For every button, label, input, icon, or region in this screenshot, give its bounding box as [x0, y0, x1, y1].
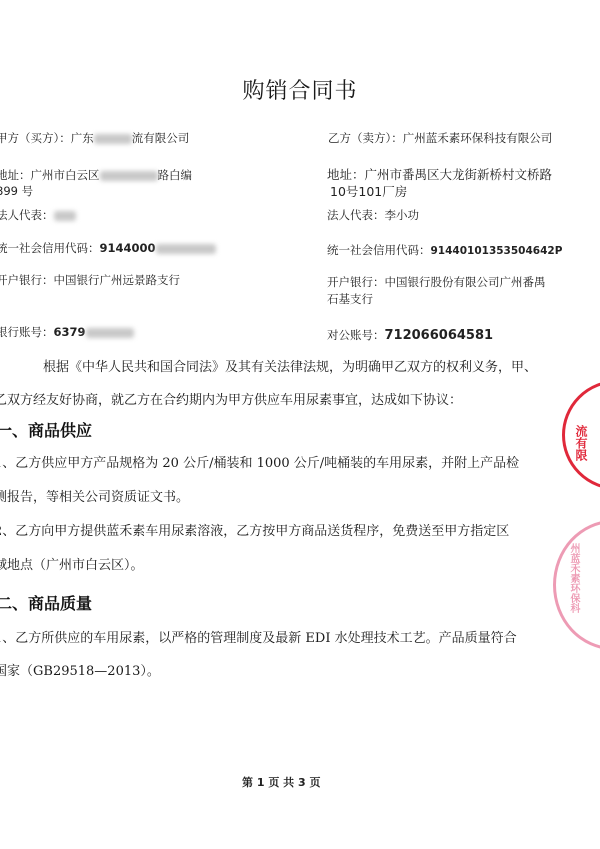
- party-b-name: 乙方（卖方）：广州蓝禾素环保科技有限公司: [328, 130, 552, 147]
- company-seal-bottom: 州蓝禾素环保科: [553, 520, 600, 650]
- party-a-credit-code: 统一社会信用代码：9144000: [0, 240, 216, 257]
- intro-line-2: 乙双方经友好协商，就乙方在合约期内为甲方供应车用尿素事宜，达成如下协议：: [0, 389, 462, 408]
- party-b-account: 对公账号：712066064581: [327, 327, 493, 344]
- redacted-block: [54, 211, 76, 221]
- supply-item-2-line-2: 域地点（广州市白云区）。: [0, 554, 144, 573]
- party-b-bank: 开户银行：中国银行股份有限公司广州番禺: [327, 274, 546, 291]
- party-a-bank: 开户银行：中国银行广州远景路支行: [0, 272, 180, 289]
- redacted-block: [100, 171, 158, 181]
- party-a-legal-rep: 法人代表：: [0, 207, 76, 224]
- party-a-name: 甲方（买方）：广东流有限公司: [0, 130, 189, 147]
- company-seal-top: 流有限: [562, 380, 600, 490]
- party-b-credit-code: 统一社会信用代码：91440101353504642P: [327, 242, 562, 260]
- party-a-account: 银行账号：6379: [0, 324, 134, 341]
- intro-line-1: 根据《中华人民共和国合同法》及其有关法律法规，为明确甲乙双方的权利义务，甲、: [43, 356, 537, 375]
- redacted-block: [156, 244, 216, 254]
- party-a-address-line2: 899 号: [0, 183, 33, 200]
- supply-item-2-line-1: 2、乙方向甲方提供蓝禾素车用尿素溶液，乙方按甲方商品送货程序，免费送至甲方指定区: [0, 520, 509, 539]
- section-heading-quality: 二、商品质量: [0, 591, 92, 614]
- redacted-block: [94, 134, 132, 144]
- party-b-address: 地址：广州市番禺区大龙街新桥村文桥路: [327, 166, 552, 183]
- section-heading-supply: 一、商品供应: [0, 418, 92, 441]
- document-title: 购销合同书: [0, 74, 600, 105]
- supply-item-1-line-1: 1、乙方供应甲方产品规格为 20 公斤/桶装和 1000 公斤/吨桶装的车用尿素…: [0, 452, 519, 471]
- party-b-address-line2: 10号101厂房: [330, 183, 407, 200]
- supply-item-1-line-2: 测报告，等相关公司资质证文书。: [0, 486, 189, 505]
- page-footer: 第 1 页 共 3 页: [242, 774, 320, 790]
- party-b-legal-rep: 法人代表：李小功: [327, 207, 419, 224]
- party-a-address: 地址：广州市白云区路白编: [0, 167, 192, 184]
- redacted-block: [86, 328, 134, 338]
- quality-item-1-line-1: 1、乙方所供应的车用尿素，以严格的管理制度及最新 EDI 水处理技术工艺。产品质…: [0, 627, 517, 646]
- party-b-bank-line2: 石基支行: [327, 291, 373, 308]
- quality-item-1-line-2: 国家（GB29518—2013）。: [0, 660, 160, 679]
